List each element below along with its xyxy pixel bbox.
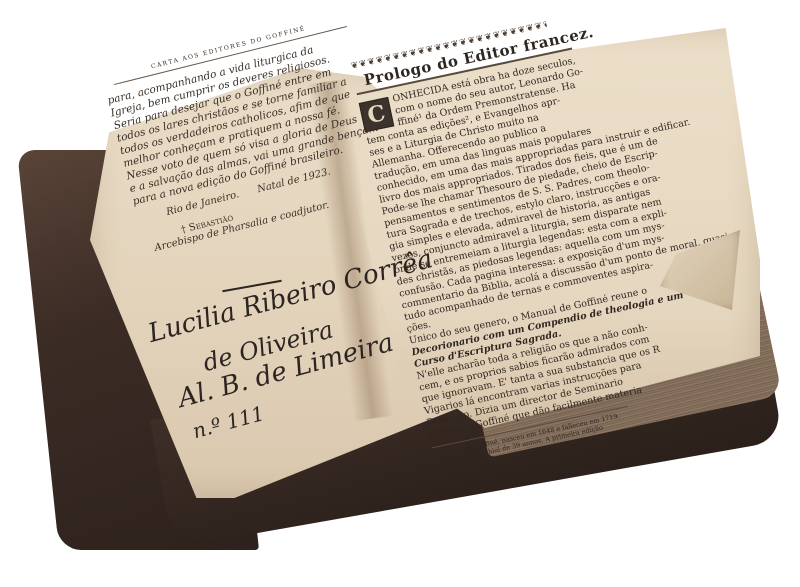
drop-cap-icon: C (359, 97, 395, 133)
book-photo-scene: Carta aos editores do Goffiné para, acom… (0, 0, 800, 587)
prologue-body: ONHECIDA está obra ha doze seculos, com … (358, 26, 782, 441)
